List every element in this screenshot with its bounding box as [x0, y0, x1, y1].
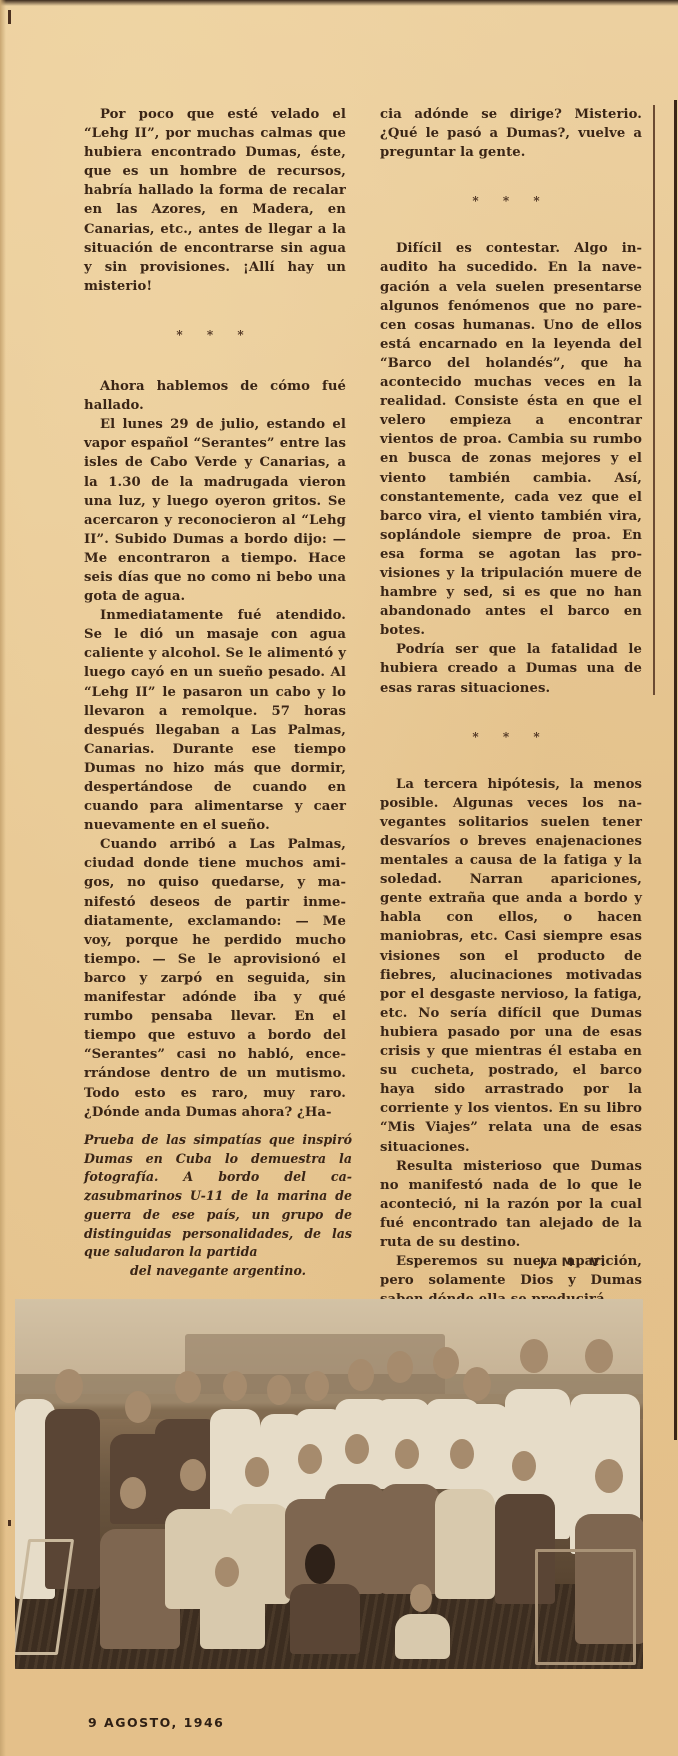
photo-deck-chair [535, 1549, 636, 1665]
photo-person [595, 1459, 623, 1493]
article-left-column: Por poco que esté velado el “Lehg II”, p… [84, 105, 346, 1122]
photo-person [410, 1584, 432, 1612]
paragraph: Por poco que esté velado el “Lehg II”, p… [84, 105, 346, 296]
article-right-column: cia adónde se dirige? Misterio. ¿Qué le … [380, 105, 642, 1309]
photo-person [215, 1557, 239, 1587]
column-rule [653, 105, 655, 695]
photo-person [200, 1589, 265, 1649]
paragraph: cia adónde se dirige? Misterio. ¿Qué le … [380, 105, 642, 162]
photo-person [435, 1489, 495, 1599]
photo-person [380, 1484, 440, 1594]
section-separator: * * * [84, 326, 346, 345]
photo-person [180, 1459, 206, 1491]
photo-person [512, 1451, 536, 1481]
page-left-edge [0, 0, 6, 1756]
paragraph: La tercera hipótesis, la menos posible. … [380, 775, 642, 1157]
photo-person [290, 1584, 360, 1654]
column-rule [674, 100, 677, 1440]
photo-person [585, 1339, 613, 1373]
group-photograph [15, 1299, 643, 1669]
photo-person [395, 1439, 419, 1469]
caption-body: Prueba de las simpatías que ins­piró Dum… [84, 1132, 352, 1259]
photo-person [395, 1614, 450, 1659]
binding-mark [8, 10, 11, 24]
photo-person [433, 1347, 459, 1379]
photo-person [125, 1391, 151, 1423]
paragraph: Difícil es contestar. Algo in­audito ha … [380, 239, 642, 640]
photo-person [298, 1444, 322, 1474]
photo-person [223, 1371, 247, 1401]
photo-person [245, 1457, 269, 1487]
binding-mark [8, 1520, 11, 1526]
paragraph: Inmediatamente fué atendido. Se le dió u… [84, 606, 346, 835]
photo-person [520, 1339, 548, 1373]
photo-person [120, 1477, 146, 1509]
section-separator: * * * [380, 728, 642, 747]
paragraph: El lunes 29 de julio, estando el vapor e… [84, 415, 346, 606]
issue-date: 9 AGOSTO, 1946 [88, 1715, 224, 1730]
paragraph: Resulta misterioso que Dumas no manifest… [380, 1157, 642, 1252]
caption-last-line: del navegante argentino. [84, 1262, 352, 1281]
photo-person [305, 1544, 335, 1584]
paragraph: Podría ser que la fatalidad le hubiera c… [380, 640, 642, 697]
photo-person [305, 1371, 329, 1401]
photo-person [345, 1434, 369, 1464]
author-signature: J. M. V. [540, 1255, 608, 1269]
photo-person [450, 1439, 474, 1469]
photo-person [348, 1359, 374, 1391]
photo-caption: Prueba de las simpatías que ins­piró Dum… [84, 1131, 352, 1281]
photo-person [267, 1375, 291, 1405]
photo-person [387, 1351, 413, 1383]
photo-person [463, 1367, 491, 1401]
paragraph: Cuando arribó a Las Palmas, ciudad donde… [84, 835, 346, 1121]
photo-person [325, 1484, 385, 1594]
section-separator: * * * [380, 192, 642, 211]
page-top-edge [0, 0, 678, 6]
photo-person [175, 1371, 201, 1403]
photo-person [55, 1369, 83, 1403]
paragraph: Ahora hablemos de cómo fué hallado. [84, 377, 346, 415]
